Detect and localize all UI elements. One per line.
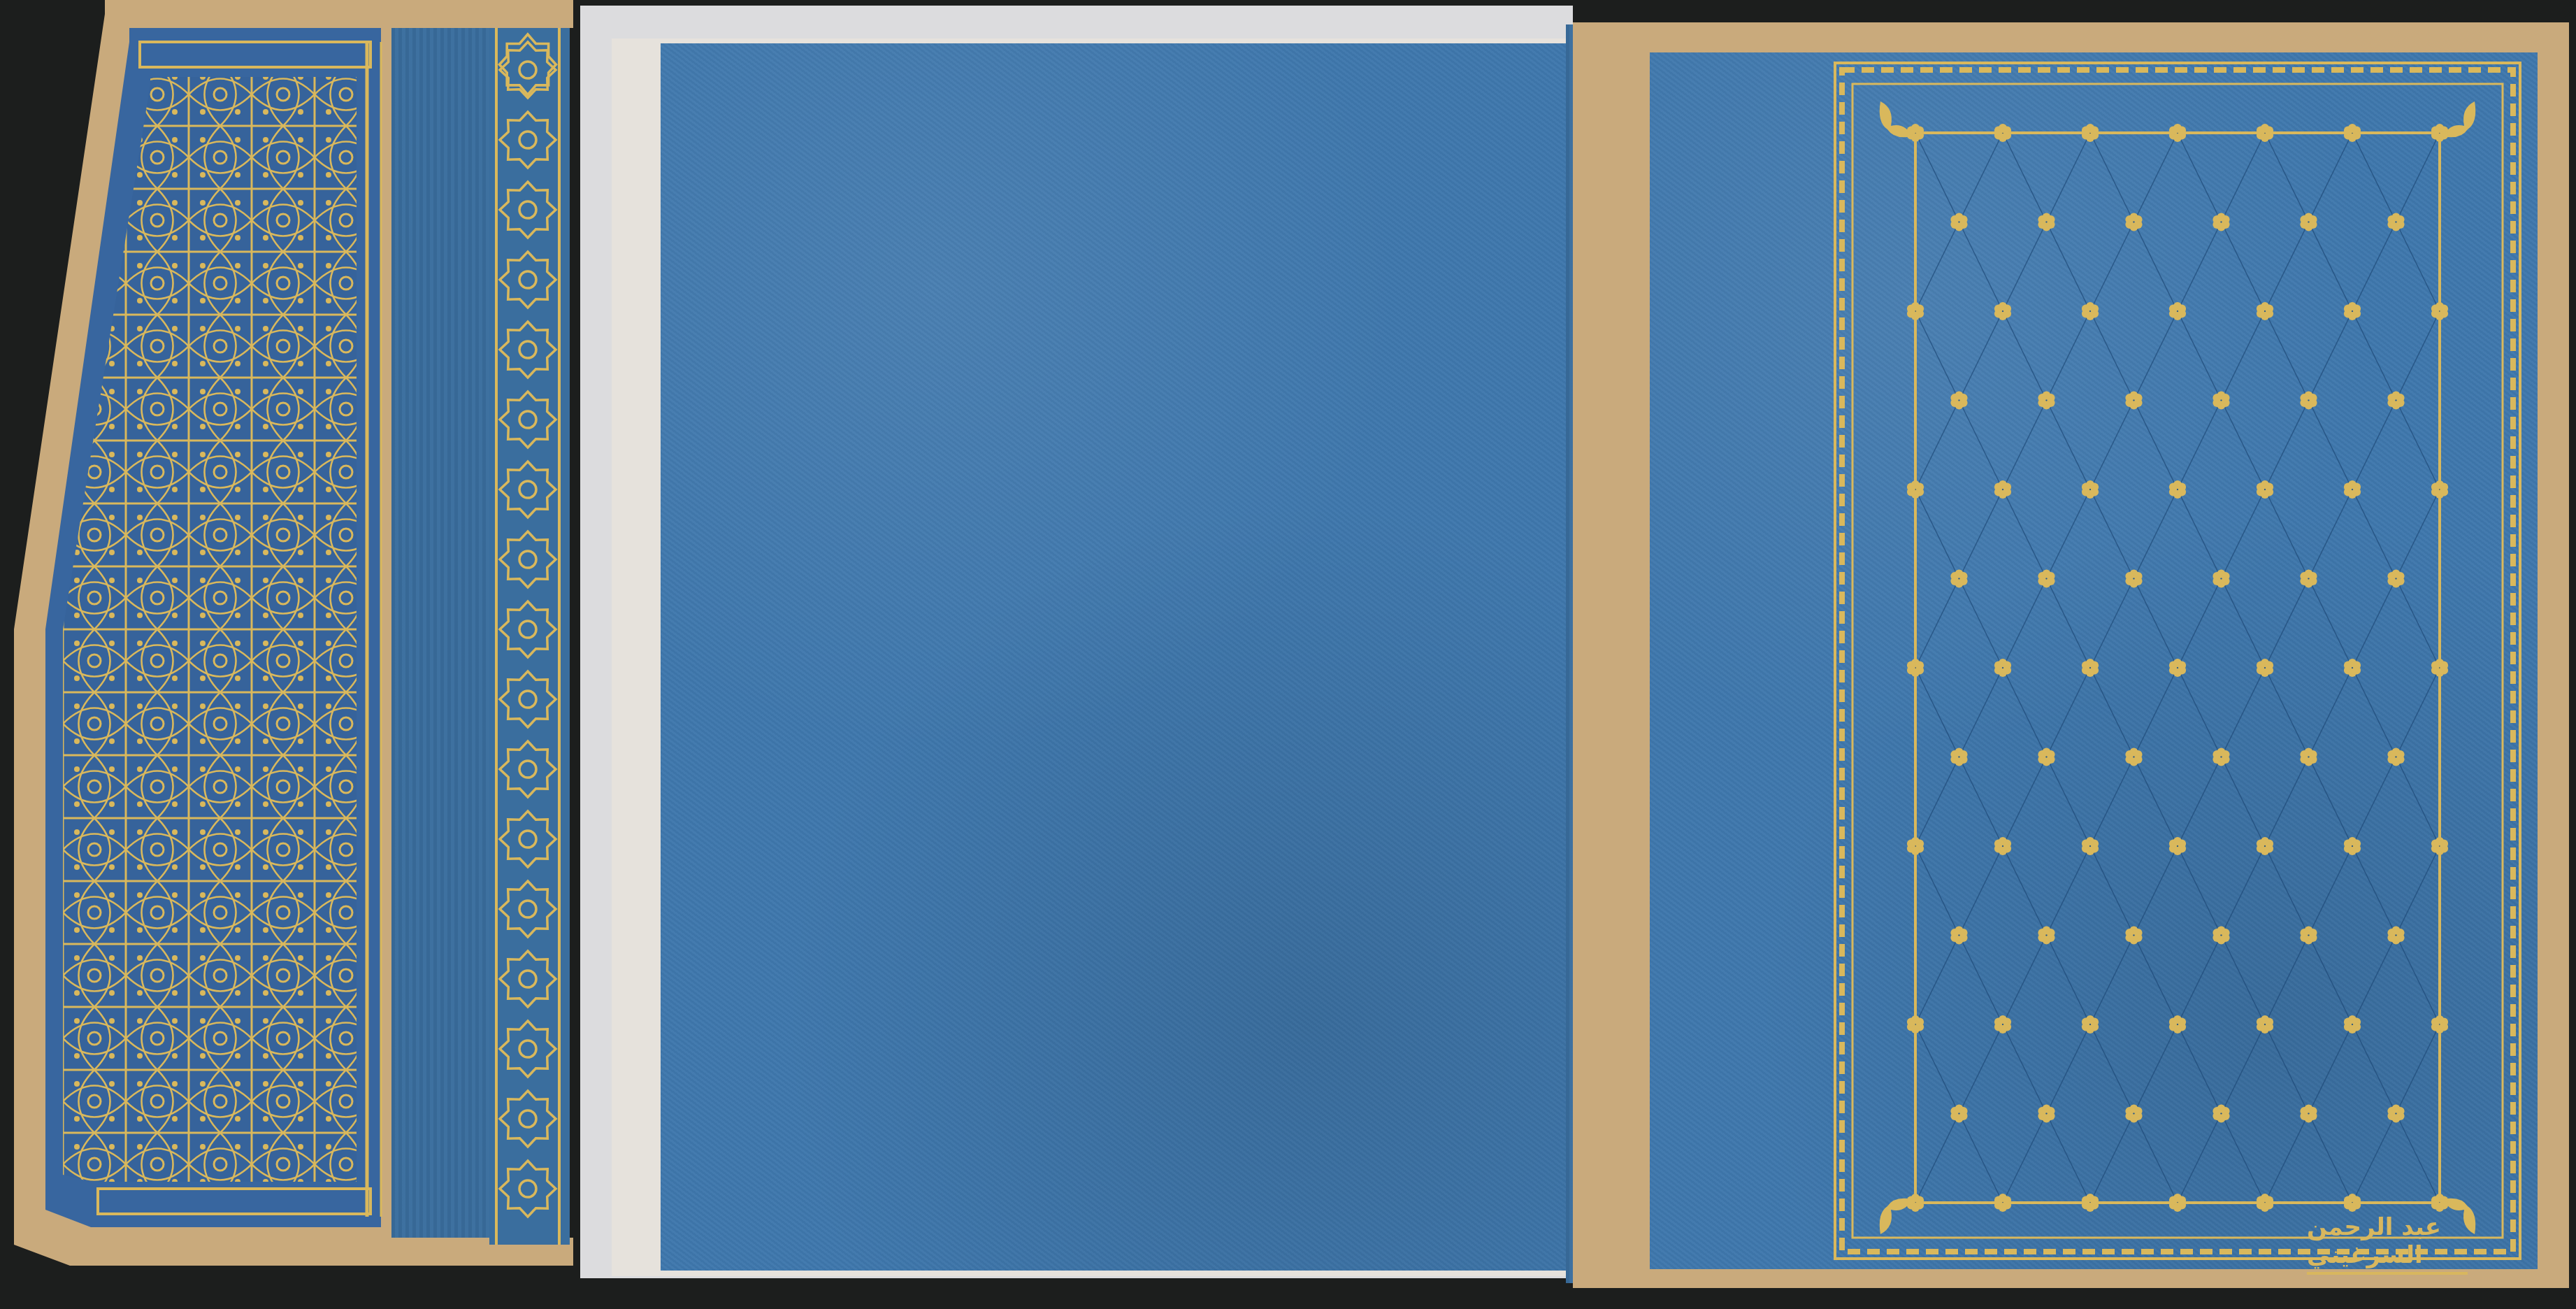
signature-underline — [2307, 1272, 2468, 1275]
turn-in-top-left — [391, 0, 573, 28]
binder-signature: عبد الرحمن السرغيني — [2307, 1213, 2468, 1275]
cover-tooling — [1818, 52, 2538, 1269]
fore-edge-flap-hinge — [391, 28, 503, 1266]
star-medallion-border — [489, 28, 570, 1245]
doublure-panel — [661, 43, 1583, 1271]
signature-text: عبد الرحمن السرغيني — [2307, 1213, 2441, 1269]
